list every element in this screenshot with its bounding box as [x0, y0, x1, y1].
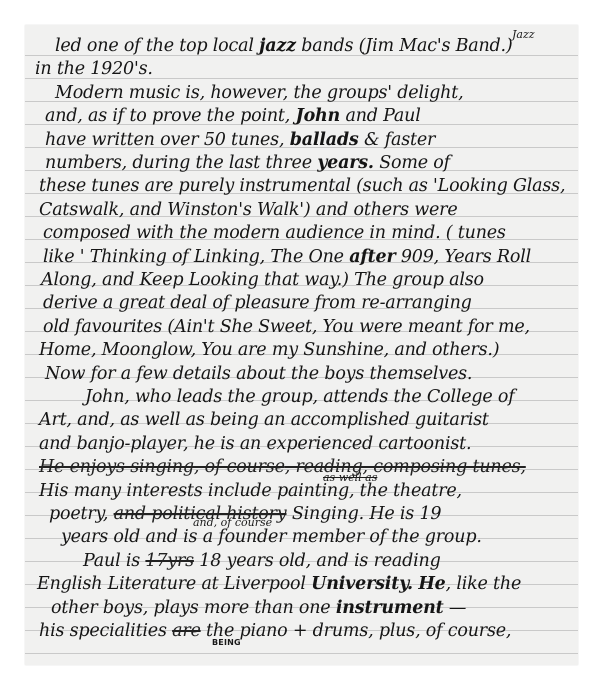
- manuscript-page: led one of the top local jazz bands (Jim…: [25, 25, 578, 665]
- line-text: derive a great deal of pleasure from re-…: [43, 293, 472, 313]
- line-text: and banjo-player, he is an experienced c…: [39, 434, 471, 454]
- line-text: English Literature at Liverpool: [37, 574, 311, 594]
- line-text: & faster: [359, 130, 436, 150]
- emphasized-text: years.: [317, 153, 374, 173]
- manuscript-line: derive a great deal of pleasure from re-…: [43, 292, 472, 314]
- line-text: 18 years old, and is reading: [194, 551, 441, 571]
- struck-text: 17yrs: [145, 551, 194, 571]
- line-text: have written over 50 tunes,: [45, 130, 290, 150]
- insert-as-well-as: as well as: [323, 471, 377, 484]
- struck-text: are: [172, 621, 201, 641]
- manuscript-line: Art, and, as well as being an accomplish…: [39, 409, 489, 431]
- emphasized-text: John: [295, 106, 340, 126]
- manuscript-line: these tunes are purely instrumental (suc…: [39, 175, 565, 197]
- manuscript-line: Catswalk, and Winston's Walk') and other…: [39, 199, 458, 221]
- line-text: led one of the top local: [55, 36, 259, 56]
- emphasized-text: ballads: [290, 130, 359, 150]
- line-text: —: [444, 598, 467, 618]
- line-text: Modern music is, however, the groups' de…: [55, 83, 463, 103]
- manuscript-line: English Literature at Liverpool Universi…: [37, 573, 521, 595]
- manuscript-line: numbers, during the last three years. So…: [45, 152, 450, 174]
- insert-jazz: Jazz: [512, 28, 535, 41]
- line-text: Singing. He is 19: [287, 504, 442, 524]
- manuscript-line: composed with the modern audience in min…: [43, 222, 506, 244]
- insert-and-of-course: and, of course: [193, 516, 272, 529]
- manuscript-line: Along, and Keep Looking that way.) The g…: [41, 269, 484, 291]
- manuscript-line: have written over 50 tunes, ballads & fa…: [45, 129, 435, 151]
- manuscript-line: He enjoys singing, of course, reading, c…: [39, 456, 526, 478]
- line-text: in the 1920's.: [35, 59, 153, 79]
- line-text: Art, and, as well as being an accomplish…: [39, 410, 489, 430]
- line-text: Paul is: [83, 551, 145, 571]
- manuscript-line: Home, Moonglow, You are my Sunshine, and…: [39, 339, 499, 361]
- struck-text: , reading, composing tunes,: [285, 457, 526, 477]
- manuscript-line: other boys, plays more than one instrume…: [51, 597, 466, 619]
- manuscript-line: Now for a few details about the boys the…: [45, 363, 472, 385]
- manuscript-line: and banjo-player, he is an experienced c…: [39, 433, 471, 455]
- emphasized-text: University.: [311, 574, 413, 594]
- line-text: Some of: [374, 153, 450, 173]
- line-text: , like the: [446, 574, 522, 594]
- manuscript-line: years old and is a founder member of the…: [61, 526, 482, 548]
- line-text: His many interests include painting, the…: [39, 481, 462, 501]
- line-text: Home, Moonglow, You are my Sunshine, and…: [39, 340, 499, 360]
- line-text: years old and is a founder member of the…: [61, 527, 482, 547]
- manuscript-line: John, who leads the group, attends the C…: [85, 386, 515, 408]
- manuscript-line: Paul is 17yrs 18 years old, and is readi…: [83, 550, 441, 572]
- line-text: Catswalk, and Winston's Walk') and other…: [39, 200, 458, 220]
- line-text: other boys, plays more than one: [51, 598, 336, 618]
- line-text: the piano + drums, plus, of course,: [201, 621, 512, 641]
- manuscript-line: his specialities are the piano + drums, …: [39, 620, 511, 642]
- line-text: like ' Thinking of Linking, The One: [43, 247, 349, 267]
- line-text: bands (Jim: [296, 36, 394, 56]
- line-text: old favourites (Ain't She Sweet, You wer…: [43, 317, 530, 337]
- line-text: Along, and Keep Looking that way.) The g…: [41, 270, 484, 290]
- manuscript-line: old favourites (Ain't She Sweet, You wer…: [43, 316, 530, 338]
- line-text: these tunes are purely instrumental (suc…: [39, 176, 565, 196]
- manuscript-line: Modern music is, however, the groups' de…: [55, 82, 463, 104]
- manuscript-line: like ' Thinking of Linking, The One afte…: [43, 246, 531, 268]
- line-text: Now for a few details about the boys the…: [45, 364, 472, 384]
- emphasized-text: jazz: [259, 36, 296, 56]
- line-text: 909, Years Roll: [396, 247, 532, 267]
- line-text: numbers, during the last three: [45, 153, 317, 173]
- manuscript-line: in the 1920's.: [35, 58, 153, 80]
- line-text: composed with the modern audience in min…: [43, 223, 506, 243]
- line-text: Mac's Band.): [394, 36, 513, 56]
- line-text: and, as if to prove the point,: [45, 106, 295, 126]
- line-text: his specialities: [39, 621, 172, 641]
- manuscript-line: and, as if to prove the point, John and …: [45, 105, 421, 127]
- emphasized-text: instrument: [336, 598, 444, 618]
- line-text: John, who leads the group, attends the C…: [85, 387, 515, 407]
- struck-text: He enjoys singing, of course: [39, 457, 285, 477]
- manuscript-line: led one of the top local jazz bands (Jim…: [55, 35, 513, 57]
- insert-being: BEING: [212, 638, 241, 647]
- emphasized-text: He: [418, 574, 445, 594]
- emphasized-text: after: [349, 247, 395, 267]
- line-text: poetry,: [49, 504, 114, 524]
- manuscript-line: His many interests include painting, the…: [39, 480, 462, 502]
- line-text: and Paul: [340, 106, 421, 126]
